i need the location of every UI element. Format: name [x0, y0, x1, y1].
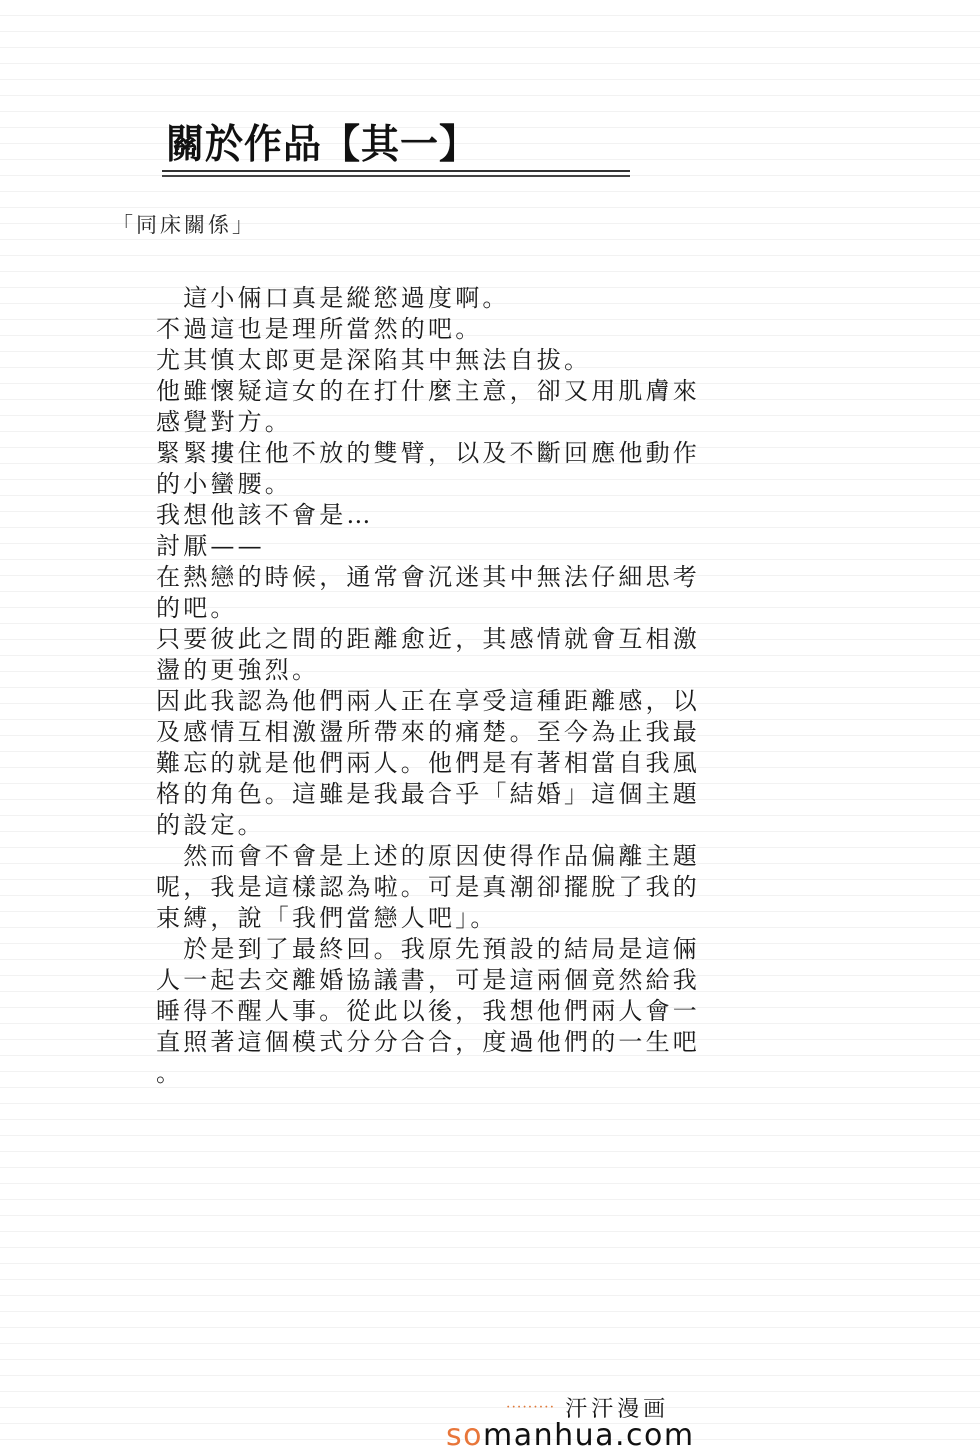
- watermark-domain-rest: manhua.com: [483, 1418, 695, 1453]
- body-line: 因此我認為他們兩人正在享受這種距離感，以: [156, 686, 716, 717]
- body-line: 這小倆口真是縱慾過度啊。: [156, 283, 716, 314]
- body-line: 及感情互相激盪所帶來的痛楚。至今為止我最: [156, 717, 716, 748]
- body-line: 只要彼此之間的距離愈近，其感情就會互相激: [156, 624, 716, 655]
- body-line: 然而會不會是上述的原因使得作品偏離主題: [156, 841, 716, 872]
- body-line: 呢，我是這樣認為啦。可是真潮卻擺脫了我的: [156, 872, 716, 903]
- body-line: 感覺對方。: [156, 407, 716, 438]
- body-line: 格的角色。這雖是我最合乎「結婚」這個主題: [156, 779, 716, 810]
- body-line: 討厭——: [156, 531, 716, 562]
- body-line: 。: [156, 1058, 716, 1089]
- title-rule-line-bottom: [162, 175, 630, 177]
- body-line: 尤其慎太郎更是深陷其中無法自拔。: [156, 345, 716, 376]
- body-line: 難忘的就是他們兩人。他們是有著相當自我風: [156, 748, 716, 779]
- body-line: 束縛，說「我們當戀人吧」。: [156, 903, 716, 934]
- body-line: 的吧。: [156, 593, 716, 624]
- page: { "document": { "title": "關於作品【其一】", "su…: [0, 0, 980, 1455]
- body-text: 這小倆口真是縱慾過度啊。 不過這也是理所當然的吧。 尤其慎太郎更是深陷其中無法自…: [156, 283, 716, 1089]
- body-line: 不過這也是理所當然的吧。: [156, 314, 716, 345]
- watermark-dots: ·········: [506, 1400, 555, 1416]
- body-line: 的設定。: [156, 810, 716, 841]
- body-line: 盪的更強烈。: [156, 655, 716, 686]
- body-line: 緊緊摟住他不放的雙臂，以及不斷回應他動作: [156, 438, 716, 469]
- watermark-domain-prefix: so: [446, 1418, 483, 1453]
- body-line: 在熱戀的時候，通常會沉迷其中無法仔細思考: [156, 562, 716, 593]
- watermark-domain: somanhua.com: [446, 1418, 695, 1454]
- body-line: 直照著這個模式分分合合，度過他們的一生吧: [156, 1027, 716, 1058]
- body-line: 於是到了最終回。我原先預設的結局是這倆: [156, 934, 716, 965]
- body-line: 他雖懷疑這女的在打什麼主意，卻又用肌膚來: [156, 376, 716, 407]
- body-line: 人一起去交離婚協議書，可是這兩個竟然給我: [156, 965, 716, 996]
- title-rule-line-top: [162, 170, 630, 172]
- body-line: 我想他該不會是…: [156, 500, 716, 531]
- title-double-rule: [162, 170, 630, 178]
- body-line: 睡得不醒人事。從此以後，我想他們兩人會一: [156, 996, 716, 1027]
- page-title: 關於作品【其一】: [166, 119, 478, 169]
- body-line: 的小蠻腰。: [156, 469, 716, 500]
- section-subtitle: 「同床關係」: [112, 210, 256, 240]
